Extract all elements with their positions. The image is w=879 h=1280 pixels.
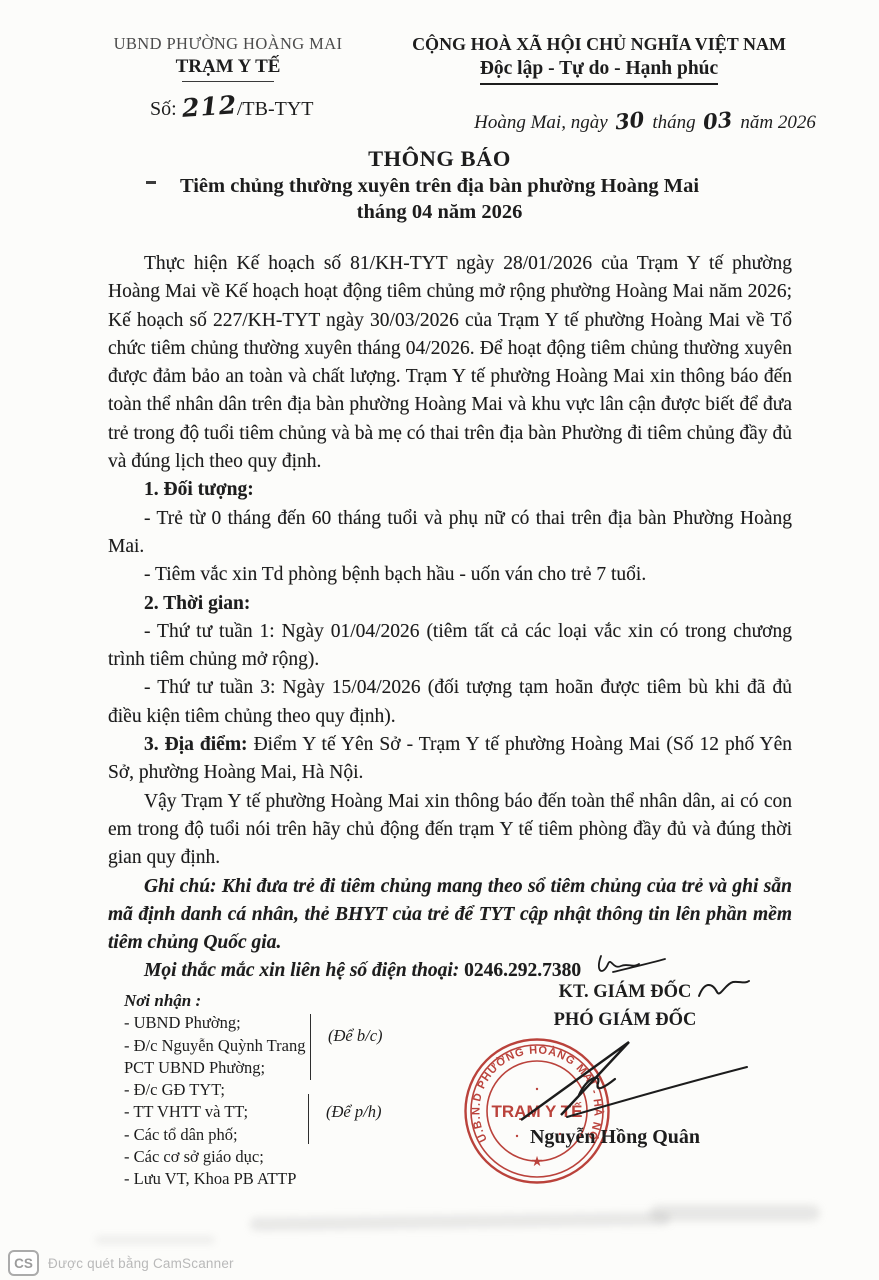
section-2-item-2: - Thứ tư tuần 3: Ngày 15/04/2026 (đối tư… [108, 674, 792, 731]
pen-squiggle-mark [695, 976, 753, 1004]
recipient-item: - UBND Phường; [124, 1012, 334, 1034]
recipient-item: PCT UBND Phường; [124, 1057, 334, 1079]
recipient-item: - Đ/c GĐ TYT; [124, 1079, 334, 1101]
date-month-handwritten: 03 [702, 107, 734, 135]
title-line-1: Tiêm chủng thường xuyên trên địa bàn phư… [0, 175, 879, 198]
title-line-2: tháng 04 năm 2026 [0, 201, 879, 224]
scan-smudge [250, 1212, 670, 1231]
document-body: Thực hiện Kế hoạch số 81/KH-TYT ngày 28/… [108, 250, 792, 986]
recipient-item: - TT VHTT và TT; [124, 1101, 334, 1123]
section-1-heading: 1. Đối tượng: [108, 476, 792, 504]
pen-squiggle-phone [593, 946, 671, 980]
camscanner-text: Được quét bằng CamScanner [48, 1256, 234, 1271]
org-name: TRẠM Y TẾ [104, 56, 352, 78]
contact-prefix: Mọi thắc mắc xin liên hệ số điện thoại: [144, 960, 459, 981]
recipient-item: - Đ/c Nguyễn Quỳnh Trang [124, 1035, 334, 1057]
national-motto: Độc lập - Tự do - Hạnh phúc [480, 58, 718, 85]
doc-number-handwritten: 212 [181, 90, 238, 123]
scan-smudge [95, 1236, 215, 1244]
handwritten-signature [455, 1025, 775, 1135]
section-3-paragraph: 3. Địa điểm: Điểm Y tế Yên Sở - Trạm Y t… [108, 731, 792, 788]
date-line: Hoàng Mai, ngày 30 tháng 03 năm 2026 [470, 108, 820, 134]
header-issuing-org: UBND PHƯỜNG HOÀNG MAI TRẠM Y TẾ [104, 34, 352, 82]
section-3-heading: 3. Địa điểm: [144, 734, 248, 755]
signer-name: Nguyễn Hồng Quân [500, 1126, 730, 1149]
contact-phone: 0246.292.7380 [464, 960, 581, 981]
scanned-document-page: UBND PHƯỜNG HOÀNG MAI TRẠM Y TẾ Số: 212/… [0, 0, 879, 1280]
recipient-item: - Lưu VT, Khoa PB ATTP [124, 1168, 334, 1190]
header-national: CỘNG HOÀ XÃ HỘI CHỦ NGHĨA VIỆT NAM Độc l… [408, 34, 790, 85]
date-suffix: năm 2026 [740, 112, 815, 133]
national-title: CỘNG HOÀ XÃ HỘI CHỦ NGHĨA VIỆT NAM [408, 34, 790, 55]
camscanner-watermark: CS Được quét bằng CamScanner [8, 1250, 234, 1276]
recipients-block: Nơi nhận : - UBND Phường; - Đ/c Nguyễn Q… [124, 990, 334, 1191]
recipients-group-label-2: (Để p/h) [326, 1102, 381, 1122]
doc-number-label: Số: [150, 98, 177, 120]
recipients-heading: Nơi nhận : [124, 990, 334, 1012]
note-paragraph: Ghi chú: Khi đưa trẻ đi tiêm chủng mang … [108, 873, 792, 958]
section-1-item-1: - Trẻ từ 0 tháng đến 60 tháng tuổi và ph… [108, 505, 792, 562]
section-2-heading: 2. Thời gian: [108, 590, 792, 618]
org-parent-name: UBND PHƯỜNG HOÀNG MAI [104, 34, 352, 54]
doc-number-suffix: /TB-TYT [237, 98, 314, 120]
title-kind: THÔNG BÁO [0, 146, 879, 172]
recipients-brace-1 [310, 1014, 311, 1080]
section-2-item-1: - Thứ tư tuần 1: Ngày 01/04/2026 (tiêm t… [108, 618, 792, 675]
date-day-handwritten: 30 [614, 107, 646, 135]
org-underline [182, 81, 274, 82]
closing-paragraph: Vậy Trạm Y tế phường Hoàng Mai xin thông… [108, 788, 792, 873]
date-mid: tháng [652, 112, 695, 133]
document-title: THÔNG BÁO Tiêm chủng thường xuyên trên đ… [0, 146, 879, 224]
section-1-item-2: - Tiêm vắc xin Td phòng bệnh bạch hầu - … [108, 561, 792, 589]
document-number: Số: 212/TB-TYT [150, 92, 314, 121]
paragraph-intro: Thực hiện Kế hoạch số 81/KH-TYT ngày 28/… [108, 250, 792, 476]
recipient-item: - Các tổ dân phố; [124, 1124, 334, 1146]
recipients-brace-2 [308, 1094, 309, 1144]
stray-dash-mark [146, 181, 156, 184]
recipients-group-label-1: (Để b/c) [328, 1026, 383, 1046]
scan-smudge [650, 1205, 820, 1221]
date-prefix: Hoàng Mai, ngày [474, 112, 608, 133]
recipient-item: - Các cơ sở giáo dục; [124, 1146, 334, 1168]
stamp-star-icon: ★ [531, 1155, 544, 1170]
camscanner-logo-icon: CS [8, 1250, 39, 1276]
